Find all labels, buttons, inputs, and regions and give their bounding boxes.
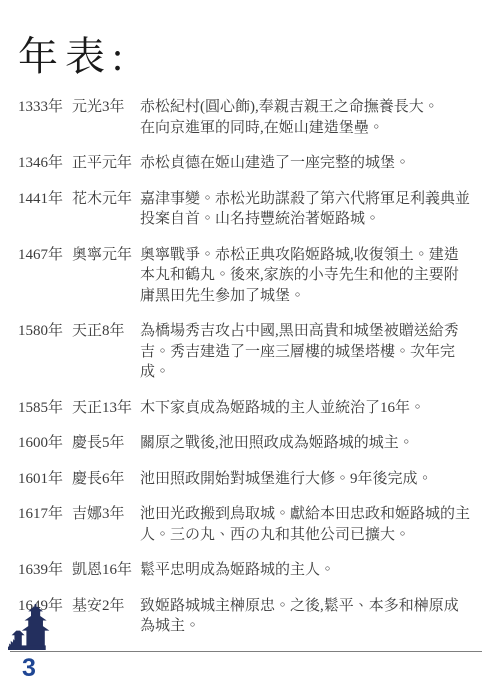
entry-description: 為橋場秀吉攻占中國,黑田高貴和城堡被贈送給秀 吉。秀吉建造了一座三層樓的城堡塔樓… — [140, 321, 478, 383]
entry-description: 奧寧戰爭。赤松正典攻陷姬路城,收復領土。建造 本丸和鶴丸。後來,家族的小寺先生和… — [140, 245, 478, 307]
entry-era: 花木元年 — [72, 189, 140, 210]
entry-description: 嘉津事變。赤松光助謀殺了第六代將軍足利義典並 投案自首。山名持豐統治著姬路城。 — [140, 189, 478, 230]
entry-era: 天正8年 — [72, 321, 140, 342]
entry-era: 奧寧元年 — [72, 245, 140, 266]
timeline-entry: 1649年基安2年致姬路城城主榊原忠。之後,鬆平、本多和榊原成 為城主。 — [18, 596, 478, 637]
entry-description: 池田光政搬到鳥取城。獻給本田忠政和姬路城的主 人。三の丸、西の丸和其他公司已擴大… — [140, 504, 478, 545]
timeline-entry: 1601年慶長6年池田照政開始對城堡進行大修。9年後完成。 — [18, 469, 478, 490]
entry-description: 關原之戰後,池田照政成為姬路城的城主。 — [140, 433, 478, 454]
entry-era: 基安2年 — [72, 596, 140, 617]
entry-year: 1441年 — [18, 189, 72, 210]
entry-description: 木下家貞成為姬路城的主人並統治了16年。 — [140, 398, 478, 419]
timeline-entry: 1639年凱恩16年鬆平忠明成為姬路城的主人。 — [18, 560, 478, 581]
page-title: 年表: — [18, 34, 130, 80]
timeline-entry: 1617年吉娜3年池田光政搬到鳥取城。獻給本田忠政和姬路城的主 人。三の丸、西の… — [18, 504, 478, 545]
entry-year: 1333年 — [18, 97, 72, 118]
entry-description: 池田照政開始對城堡進行大修。9年後完成。 — [140, 469, 478, 490]
entry-era: 慶長6年 — [72, 469, 140, 490]
entry-era: 凱恩16年 — [72, 560, 140, 581]
footer-divider — [10, 651, 482, 652]
timeline-entry: 1600年慶長5年關原之戰後,池田照政成為姬路城的城主。 — [18, 433, 478, 454]
entry-year: 1639年 — [18, 560, 72, 581]
entry-description: 赤松紀村(圓心飾),奉親吉親王之命撫養長大。 在向京進軍的同時,在姬山建造堡壘。 — [140, 97, 478, 138]
entry-era: 慶長5年 — [72, 433, 140, 454]
timeline-page: 年表: 1333年元光3年赤松紀村(圓心飾),奉親吉親王之命撫養長大。 在向京進… — [0, 0, 495, 700]
timeline-entry: 1580年天正8年為橋場秀吉攻占中國,黑田高貴和城堡被贈送給秀 吉。秀吉建造了一… — [18, 321, 478, 383]
entry-description: 赤松貞德在姬山建造了一座完整的城堡。 — [140, 153, 478, 174]
timeline-entry: 1441年花木元年嘉津事變。赤松光助謀殺了第六代將軍足利義典並 投案自首。山名持… — [18, 189, 478, 230]
entry-description: 致姬路城城主榊原忠。之後,鬆平、本多和榊原成 為城主。 — [140, 596, 478, 637]
entry-year: 1580年 — [18, 321, 72, 342]
entry-era: 元光3年 — [72, 97, 140, 118]
entry-era: 正平元年 — [72, 153, 140, 174]
timeline-entry: 1585年天正13年木下家貞成為姬路城的主人並統治了16年。 — [18, 398, 478, 419]
entry-year: 1601年 — [18, 469, 72, 490]
castle-icon — [8, 602, 54, 652]
entry-year: 1617年 — [18, 504, 72, 525]
timeline-entry: 1346年正平元年赤松貞德在姬山建造了一座完整的城堡。 — [18, 153, 478, 174]
entry-year: 1585年 — [18, 398, 72, 419]
entry-era: 天正13年 — [72, 398, 140, 419]
entry-description: 鬆平忠明成為姬路城的主人。 — [140, 560, 478, 581]
timeline-entry: 1333年元光3年赤松紀村(圓心飾),奉親吉親王之命撫養長大。 在向京進軍的同時… — [18, 97, 478, 138]
entry-year: 1467年 — [18, 245, 72, 266]
timeline-entries: 1333年元光3年赤松紀村(圓心飾),奉親吉親王之命撫養長大。 在向京進軍的同時… — [18, 97, 478, 652]
entry-era: 吉娜3年 — [72, 504, 140, 525]
page-number: 3 — [22, 654, 36, 682]
entry-year: 1600年 — [18, 433, 72, 454]
entry-year: 1346年 — [18, 153, 72, 174]
timeline-entry: 1467年奧寧元年奧寧戰爭。赤松正典攻陷姬路城,收復領土。建造 本丸和鶴丸。後來… — [18, 245, 478, 307]
